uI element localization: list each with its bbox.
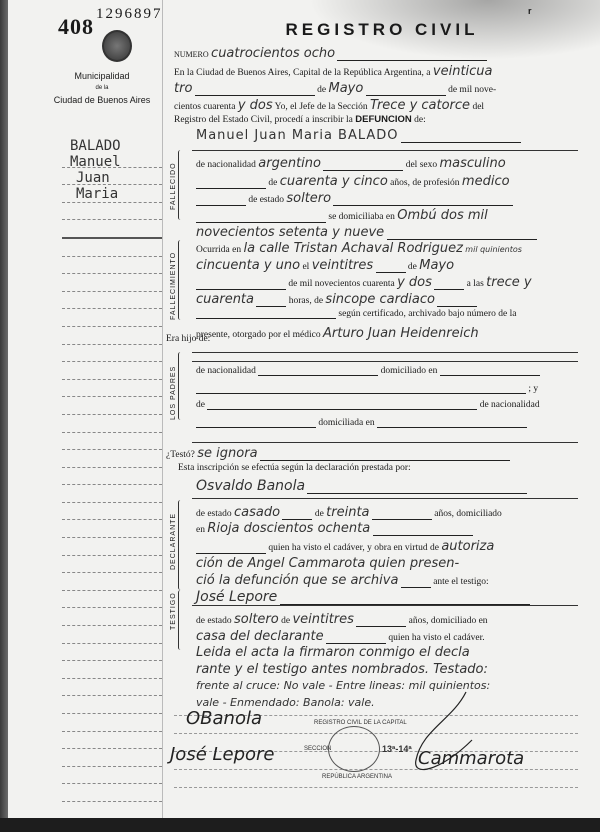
stub-ruled-lines (62, 150, 162, 832)
registro-text: Registro del Estado Civil, procedí a ins… (174, 115, 353, 125)
stub-name-line: BALADO (70, 138, 121, 154)
hora-value-cont: cuarenta (196, 292, 254, 307)
serial-number-big: 408 (58, 14, 94, 40)
muni-line-1: Municipalidad (42, 70, 162, 82)
madre-domicilio-row: domiciliada en (196, 418, 527, 428)
muni-line-3: Ciudad de Buenos Aires (42, 94, 162, 106)
serial-number-small: 1296897 (96, 6, 163, 23)
label: ; y (528, 384, 538, 394)
side-label-fallecido: FALLECIDO (170, 162, 177, 210)
stub-name-line: Manuel (70, 154, 121, 170)
testigo-estado-value: soltero (234, 612, 279, 627)
stub-name-line: Maria (70, 186, 121, 202)
label: a las (467, 279, 484, 289)
label: de (281, 616, 290, 626)
year-value: y dos (238, 98, 273, 113)
stamp-number: 13ª-14ª (382, 744, 412, 754)
virtud-value-cont: ció la defunción que se archiva (196, 573, 398, 588)
declarante-domicilio-value: Rioja doscientos ochenta (207, 521, 370, 536)
bracket (178, 150, 183, 220)
declarante-name-value: Osvaldo Banola (196, 478, 305, 494)
bracket (178, 240, 183, 320)
day-value-cont: tro (174, 81, 192, 96)
profesion-value: medico (462, 174, 510, 189)
testo-row: ¿Testó? se ignora (166, 446, 510, 461)
bracket (178, 500, 183, 590)
stamp-bottom-text: REPÚBLICA ARGENTINA (322, 774, 392, 780)
defuncion-label: DEFUNCION (355, 114, 411, 125)
stub-name-line: Juan (70, 170, 121, 186)
intro-row-4: Registro del Estado Civil, procedí a ins… (174, 114, 426, 125)
declarante-estado-row: de estado casado de treinta años, domici… (196, 505, 502, 520)
anio-row: de mil novecientos cuarenta y dos a las … (196, 275, 532, 290)
estado-value: soltero (286, 191, 331, 206)
side-label-fallecimiento: FALLECIMIENTO (170, 252, 177, 320)
closing-line: Leida el acta la firmaron conmigo el dec… (196, 645, 470, 660)
label: según certificado, archivado bajo número… (338, 309, 516, 319)
municipality-label: Municipalidad de la Ciudad de Buenos Air… (42, 70, 162, 106)
intro-row-3: cientos cuarenta y dos Yo, el Jefe de la… (174, 98, 484, 113)
year-prefix: cientos cuarenta (174, 102, 235, 112)
year-label: de mil nove- (448, 85, 496, 95)
declarante-estado-value: casado (234, 505, 280, 520)
declarante-edad-value: treinta (326, 505, 369, 520)
sexo-value: masculino (440, 156, 506, 171)
virtud-row-3: ció la defunción que se archiva ante el … (196, 573, 489, 588)
label: de (196, 400, 205, 410)
anio-value: y dos (397, 275, 432, 290)
virtud-row-2: ción de Angel Cammarota quien presen- (196, 556, 459, 571)
lugar-value: la calle Tristan Achaval Rodriguez (243, 241, 462, 256)
label: años, domiciliado en (409, 616, 488, 626)
label: de nacionalidad (196, 366, 256, 376)
label: de nacionalidad (196, 160, 256, 170)
causa-row: cuarenta horas, de sincope cardiaco (196, 292, 477, 307)
hora-value: trece y (486, 275, 531, 290)
de-label: de (317, 85, 326, 95)
label: años, domiciliado (434, 509, 502, 519)
label: de (408, 262, 417, 272)
scan-bottom-edge (0, 818, 600, 832)
declaracion-intro: Esta inscripción se efectúa según la dec… (178, 463, 411, 473)
bracket (178, 590, 183, 650)
testigo-domicilio-row: casa del declarante quien ha visto el ca… (196, 629, 485, 644)
declarante-domicilio-row: en Rioja doscientos ochenta (196, 521, 473, 536)
causa-value: sincope cardiaco (325, 292, 435, 307)
numero-label: NUMERO (174, 50, 209, 59)
intro-row-1: En la Ciudad de Buenos Aires, Capital de… (174, 64, 493, 79)
padre-nacionalidad-row: de nacionalidad domiciliado en (196, 366, 540, 376)
side-label-testigo: TESTIGO (170, 592, 177, 630)
label: horas, de (289, 296, 323, 306)
numero-value: cuatrocientos ocho (211, 46, 335, 61)
stamp-top-text: REGISTRO CIVIL DE LA CAPITAL (314, 720, 407, 726)
intro-row-2: tro de Mayo de mil nove- (174, 81, 496, 96)
fecha-row: cincuenta y uno el veintitres de Mayo (196, 258, 454, 273)
testigo-signature: José Lepore (170, 744, 275, 765)
label: de mil novecientos cuarenta (288, 279, 394, 289)
counterfoil-stub: 408 1296897 Municipalidad de la Ciudad d… (22, 0, 163, 818)
testo-value: se ignora (197, 446, 257, 461)
label: ante el testigo: (433, 577, 488, 587)
mes-value: Mayo (419, 258, 454, 273)
padre-domicilio-row: ; y (196, 384, 538, 394)
label: se domiciliaba en (328, 212, 394, 222)
certificate-body: r REGISTRO CIVIL NUMERO cuatrocientos oc… (166, 0, 598, 818)
document-title: REGISTRO CIVIL (166, 20, 598, 40)
declarante-signature: OBanola (186, 708, 262, 729)
label: domiciliada en (318, 418, 374, 428)
corner-mark: r (528, 6, 532, 16)
estado-row: de estado soltero (196, 191, 513, 206)
municipal-seal-icon (102, 30, 132, 62)
label: Ocurrida en (196, 245, 241, 255)
certificate-page: 408 1296897 Municipalidad de la Ciudad d… (8, 0, 600, 822)
del-label: del (472, 102, 484, 112)
signature-flourish (402, 690, 482, 780)
label: quien ha visto el cadáver, y obra en vir… (268, 543, 439, 553)
de-colon: de: (414, 115, 426, 125)
domicilio-value-cont: novecientos setenta y nueve (196, 225, 384, 240)
medico-value: Arturo Juan Heidenreich (323, 326, 479, 341)
stamp-seccion: SECCION (304, 746, 331, 752)
virtud-value: autoriza (441, 539, 494, 554)
numero-row: NUMERO cuatrocientos ocho (174, 46, 487, 61)
lugar-value-cont: cincuenta y uno (196, 258, 300, 273)
lugar-note: mil quinientos (465, 245, 522, 254)
declarante-name-row: Osvaldo Banola (196, 478, 527, 494)
label: del sexo (406, 160, 437, 170)
intro-text: En la Ciudad de Buenos Aires, Capital de… (174, 68, 431, 78)
jefe-label: Yo, el Jefe de la Sección (275, 102, 368, 112)
testigo-name-value: José Lepore (196, 589, 277, 605)
label: de (315, 509, 324, 519)
bracket (178, 352, 183, 420)
testigo-estado-row: de estado soltero de veintitres años, do… (196, 612, 488, 627)
domicilio-row: se domiciliaba en Ombú dos mil (196, 208, 488, 223)
label: domiciliado en (381, 366, 438, 376)
virtud-row: quien ha visto el cadáver, y obra en vir… (196, 539, 494, 554)
label: ¿Testó? (166, 450, 195, 460)
seccion-value: Trece y catorce (370, 98, 470, 113)
label: presente, otorgado por el médico (196, 330, 321, 340)
dia-value: veintitres (312, 258, 373, 273)
day-value: veinticua (433, 64, 493, 79)
label: quien ha visto el cadáver. (388, 633, 484, 643)
label: en (196, 525, 205, 535)
certificado-row: según certificado, archivado bajo número… (196, 309, 516, 319)
month-value: Mayo (329, 81, 364, 96)
side-label-declarante: DECLARANTE (170, 513, 177, 570)
closing-line: rante y el testigo antes nombrados. Test… (196, 662, 488, 677)
nacionalidad-value: argentino (258, 156, 321, 171)
label: de (268, 178, 277, 188)
domicilio-row-2: novecientos setenta y nueve (196, 225, 537, 240)
deceased-name-value: Manuel Juan Maria BALADO (196, 128, 399, 143)
ocurrida-row: Ocurrida en la calle Tristan Achaval Rod… (196, 241, 522, 256)
era-hijo-label: Era hijo de: (166, 334, 210, 344)
testigo-name-row: José Lepore (196, 589, 530, 605)
edad-value: cuarenta y cinco (280, 174, 388, 189)
testigo-edad-value: veintitres (292, 612, 353, 627)
deceased-name-row: Manuel Juan Maria BALADO (196, 128, 521, 143)
edad-row: de cuarenta y cinco años, de profesión m… (196, 174, 510, 189)
stub-deceased-name: BALADO Manuel Juan Maria (70, 138, 121, 202)
muni-line-2: de la (42, 82, 162, 94)
label: de nacionalidad (480, 400, 540, 410)
label: de estado (248, 195, 284, 205)
official-stamp: REGISTRO CIVIL DE LA CAPITAL SECCION 13ª… (304, 720, 404, 780)
stamp-seal-icon (328, 726, 380, 772)
side-label-padres: LOS PADRES (170, 366, 177, 420)
nacionalidad-row: de nacionalidad argentino del sexo mascu… (196, 156, 506, 171)
label: años, de profesión (390, 178, 459, 188)
medico-row: presente, otorgado por el médico Arturo … (196, 326, 479, 341)
testigo-domicilio-value: casa del declarante (196, 629, 324, 644)
label: el (302, 262, 309, 272)
domicilio-value: Ombú dos mil (397, 208, 488, 223)
label: de estado (196, 616, 232, 626)
label: de estado (196, 509, 232, 519)
madre-row: de de nacionalidad (196, 400, 540, 410)
virtud-value-cont: ción de Angel Cammarota quien presen- (196, 556, 459, 571)
